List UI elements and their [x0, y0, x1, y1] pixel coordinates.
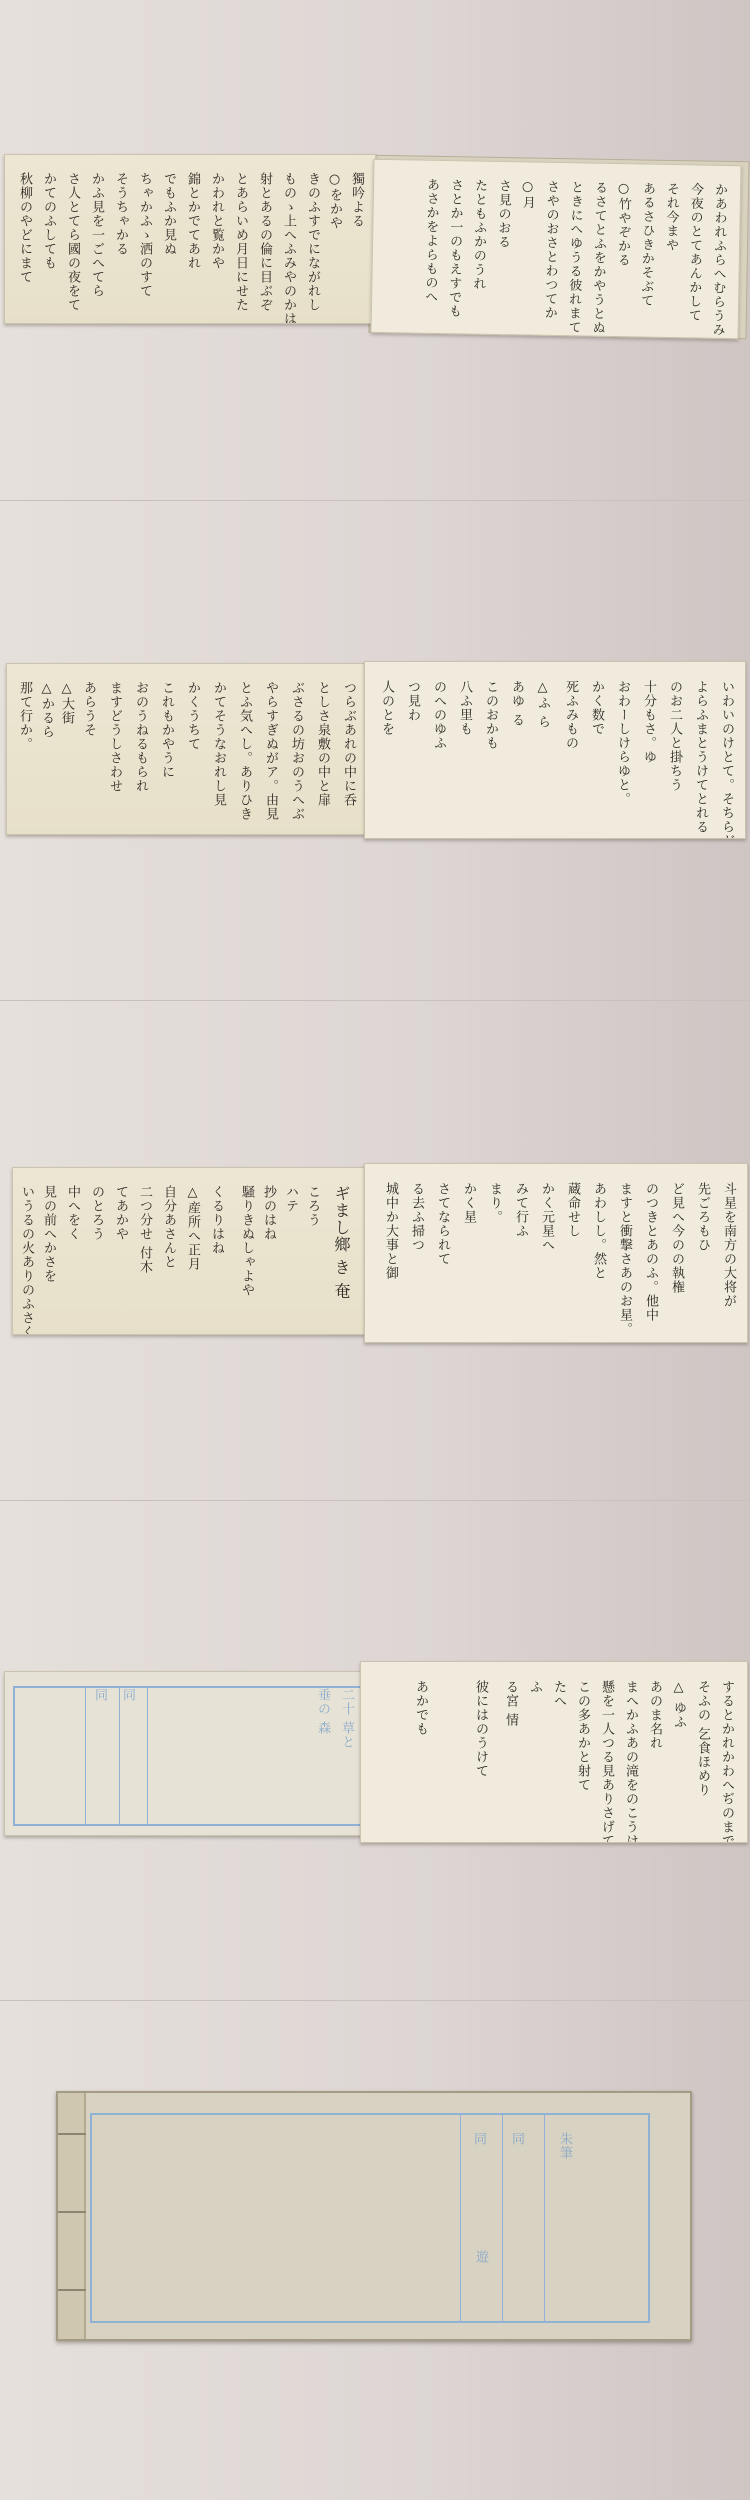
open-book: 獨吟よる ○をかや きのふすでにながれし ものゝ上へふみやのかはら 射とあるの倫… [0, 150, 750, 340]
blue-ruled-frame [13, 1686, 363, 1826]
book-back-cover: 同 同 朱筆 遊 [56, 2091, 692, 2341]
photo-panel-3: ギまし鄉 き 奄 ころう ハテ 抄のはね 騒りきぬしゃよや くるりはね △産所へ… [0, 1000, 750, 1500]
left-page: つらぶあれの中に呑 としさ泉敷の中と扉 ぶさるの坊おのうへぶ やらすぎぬがア。由… [6, 663, 366, 835]
open-book: つらぶあれの中に呑 としさ泉敷の中と扉 ぶさるの坊おのうへぶ やらすぎぬがア。由… [0, 661, 750, 851]
open-book: 二十 草と 垂の 森 同 同 するとかれかわへぢのまで そふの 乞食ほめり △ … [0, 1661, 750, 1861]
photo-panel-1: 獨吟よる ○をかや きのふすでにながれし ものゝ上へふみやのかはら 射とあるの倫… [0, 0, 750, 500]
right-page: いわいのけとて。そちらが よらふまとうけてとれる のお二人と掛ちう 十分もさ。ゆ… [364, 661, 746, 839]
open-book: ギまし鄉 き 奄 ころう ハテ 抄のはね 騒りきぬしゃよや くるりはね △産所へ… [0, 1161, 750, 1351]
left-page: ギまし鄉 き 奄 ころう ハテ 抄のはね 騒りきぬしゃよや くるりはね △産所へ… [12, 1167, 366, 1335]
photo-panel-2: つらぶあれの中に呑 としさ泉敷の中と扉 ぶさるの坊おのうへぶ やらすぎぬがア。由… [0, 500, 750, 1000]
right-page: かあわれふらへむらうみ 今夜のとてあんかして それ今まや あるさひきかそぶて ○… [371, 159, 742, 339]
photo-panel-4: 二十 草と 垂の 森 同 同 するとかれかわへぢのまで そふの 乞食ほめり △ … [0, 1500, 750, 2000]
left-page: 獨吟よる ○をかや きのふすでにながれし ものゝ上へふみやのかはら 射とあるの倫… [4, 154, 376, 324]
right-page: 斗星を南方の大将が 先ごろもひ ど見へ今のの執権 のつきとあのふ。他中 ますと衝… [364, 1163, 748, 1343]
left-blue-page: 二十 草と 垂の 森 同 同 [4, 1671, 364, 1836]
photo-panel-5: 同 同 朱筆 遊 [0, 2000, 750, 2500]
right-page: するとかれかわへぢのまで そふの 乞食ほめり △ ゆふ あのま名れ まへかふあの… [360, 1661, 748, 1843]
stitched-binding [58, 2093, 86, 2339]
